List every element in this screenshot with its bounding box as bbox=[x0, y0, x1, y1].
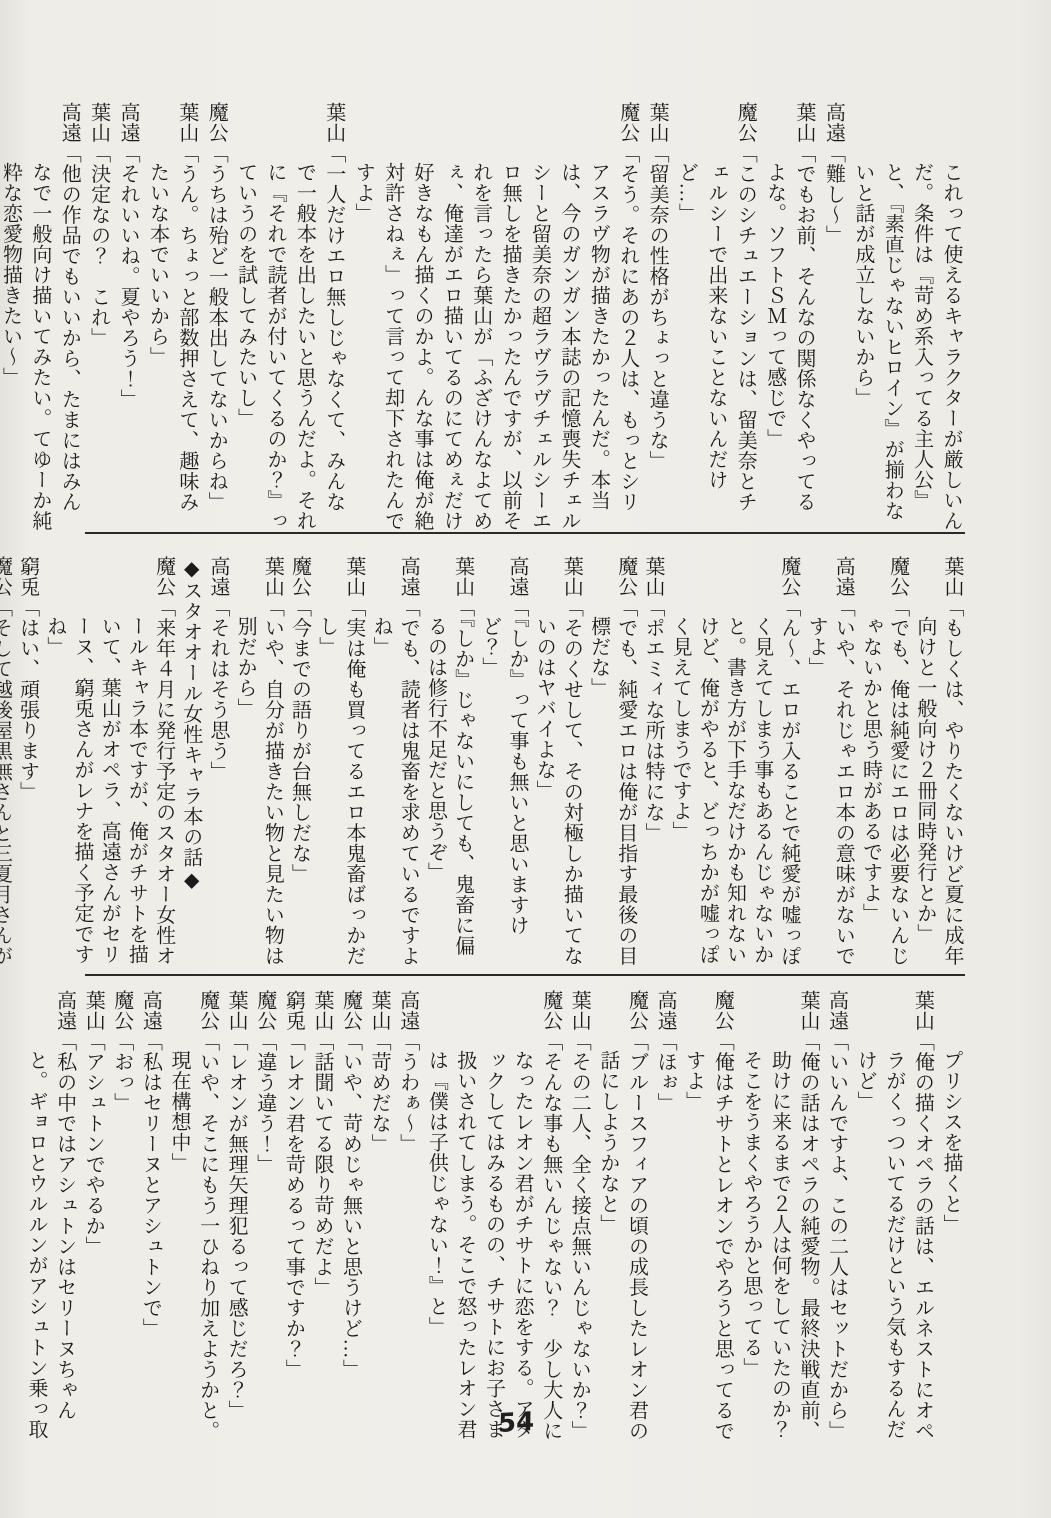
speaker-name: 葉山 bbox=[793, 102, 815, 143]
dialogue-line: 葉山「レオンが無理矢理犯るって感じだろ？」 bbox=[222, 990, 251, 1442]
dialogue-text: 「違う違う！」 bbox=[254, 1031, 276, 1175]
dialogue-text: 「うん。ちょっと部数押さえて、趣味みたいな本でいいから」 bbox=[146, 143, 197, 512]
dialogue-text: 「ブルースフィアの頃の成長したレオン君の話にしようかなと」 bbox=[597, 1031, 648, 1441]
dialogue-line: 高遠「それはそう思う」 bbox=[204, 556, 231, 970]
dialogue-text: 「『しか』って事も無いと思いますけど？」 bbox=[479, 597, 528, 936]
page-number: 54 bbox=[498, 1407, 535, 1439]
speaker-name: 窮兎 bbox=[17, 556, 39, 597]
dialogue-text: 「話聞いてる限り苛めだよ」 bbox=[311, 1031, 333, 1298]
speaker-name: 高遠 bbox=[832, 556, 854, 597]
doujinshi-talk-page: これって使えるキャラクターが厳しいんだ。条件は『苛め系入ってる主人公』と、『素直… bbox=[0, 0, 1051, 1518]
dialogue-line: 葉山「俺の話はオペラの純愛物。最終決戦直前、助けに来るまで２人は何をしていたのか… bbox=[736, 990, 822, 1442]
dialogue-text: ◆スタオオール女性キャラ本の話◆ bbox=[180, 556, 202, 892]
dialogue-line: これって使えるキャラクターが厳しいんだ。条件は『苛め系入ってる主人公』と、『素直… bbox=[847, 102, 965, 532]
dialogue-line: 窮兎「はい、頑張ります」 bbox=[13, 556, 40, 970]
speaker-name: 高遠 bbox=[826, 990, 848, 1031]
speaker-name: 魔公 bbox=[0, 556, 11, 597]
dialogue-line: 高遠「ほぉ」 bbox=[650, 990, 679, 1442]
dialogue-text: 「俺はチサトとレオンでやろうと思ってるですよ」 bbox=[683, 1031, 734, 1441]
dialogue-text: 「決定なの？ これ」 bbox=[88, 143, 110, 348]
speaker-name: 高遠 bbox=[117, 102, 139, 143]
dialogue-line: 魔公「いや、苛めじゃ無いと思うけど…」 bbox=[336, 990, 365, 1442]
dialogue-text: 「レオンが無理矢理犯るって感じだろ？」 bbox=[225, 1031, 247, 1421]
dialogue-text: 「いや、苛めじゃ無いと思うけど…」 bbox=[340, 1031, 362, 1380]
speaker-name: 葉山 bbox=[560, 556, 582, 597]
speaker-name: 魔公 bbox=[197, 990, 219, 1031]
dialogue-text: 「来年４月に発行予定のスタオー女性オールキャラ本ですが、俺がチサトを描いて、葉山… bbox=[44, 597, 175, 966]
speaker-name: 魔公 bbox=[111, 990, 133, 1031]
dialogue-line: 魔公「今までの語りが台無しだな」 bbox=[285, 556, 312, 970]
dialogue-line: 葉山「俺の描くオペラの話は、エルネストにオペラがくっついてるだけという気もするん… bbox=[851, 990, 937, 1442]
speaker-name: 魔公 bbox=[254, 990, 276, 1031]
speaker-name: 魔公 bbox=[734, 102, 756, 143]
speaker-name: 魔公 bbox=[340, 990, 362, 1031]
dialogue-text: 「ポエミィな所は特にな」 bbox=[642, 597, 664, 843]
speaker-name: 魔公 bbox=[711, 990, 733, 1031]
speaker-name: 窮兎 bbox=[282, 990, 304, 1031]
speaker-name: 葉山 bbox=[642, 556, 664, 597]
dialogue-section-3: プリシスを描くと」葉山「俺の描くオペラの話は、エルネストにオペラがくっついてるだ… bbox=[85, 990, 965, 1442]
dialogue-text: 「俺の話はオペラの純愛物。最終決戦直前、助けに来るまで２人は何をしていたのか？ … bbox=[740, 1031, 819, 1460]
section-divider bbox=[85, 974, 965, 976]
dialogue-line: 葉山「ポエミィな所は特にな」 bbox=[639, 556, 666, 970]
dialogue-line: 葉山「決定なの？ これ」 bbox=[83, 102, 112, 532]
dialogue-text: これって使えるキャラクターが厳しいんだ。条件は『苛め系入ってる主人公』と、『素直… bbox=[852, 162, 962, 531]
speaker-name: 魔公 bbox=[887, 556, 909, 597]
dialogue-text: 「それいいね。夏やろう！」 bbox=[117, 143, 139, 410]
dialogue-text: 「いや、そこにもう一ひねり加えようかと。現在構想中」 bbox=[168, 1031, 219, 1441]
dialogue-text: 「そう。それにあの２人は、もっとシリアスラヴ物が描きたかったんだ。本当は、今のガ… bbox=[352, 143, 639, 531]
speaker-name: 葉山 bbox=[225, 990, 247, 1031]
dialogue-text: 「でも、読者は鬼畜を求めているですよね」 bbox=[370, 597, 419, 966]
speaker-name: 高遠 bbox=[654, 990, 676, 1031]
dialogue-text: 「このシチュエーションは、留美奈とチェルシーで出来ないことないんだけど…」 bbox=[675, 143, 756, 512]
speaker-name: 葉山 bbox=[343, 556, 365, 597]
speaker-name: 葉山 bbox=[311, 990, 333, 1031]
speaker-name: 高遠 bbox=[207, 556, 229, 597]
dialogue-text: 「他の作品でもいいから、たまにはみんなで一般向け描いてみたい。てゆーか純粋な恋愛… bbox=[0, 143, 80, 531]
speaker-name: 葉山 bbox=[88, 102, 110, 143]
speaker-name: 高遠 bbox=[139, 990, 161, 1031]
dialogue-line: 葉山「その二人、全く接点無いんじゃないか？」 bbox=[565, 990, 594, 1442]
dialogue-line: 高遠「いいんですよ、この二人はセットだから」 bbox=[822, 990, 851, 1442]
speaker-name: 高遠 bbox=[822, 102, 844, 143]
dialogue-text: プリシスを描くと」 bbox=[940, 1050, 962, 1235]
dialogue-text: 「アシュトンでやるか」 bbox=[82, 1031, 104, 1257]
dialogue-line: 魔公「そう。それにあの２人は、もっとシリアスラヴ物が描きたかったんだ。本当は、今… bbox=[348, 102, 642, 532]
dialogue-line: 魔公「ん〜、エロが入ることで純愛が嘘っぽく見えてしまう事もあるんじゃないかと。書… bbox=[666, 556, 802, 970]
speaker-name: 高遠 bbox=[58, 102, 80, 143]
dialogue-line: 高遠「私はセリーヌとアシュトンで」 bbox=[136, 990, 165, 1442]
speaker-name: 葉山 bbox=[568, 990, 590, 1031]
section-divider bbox=[85, 532, 965, 534]
dialogue-text: 「そんな事も無いんじゃない？ 少し大人になったレオン君がチサトに恋をする。アタッ… bbox=[425, 1031, 561, 1441]
dialogue-line: 葉山「そのくせして、その対極しか描いてないのはヤバイよな」 bbox=[530, 556, 584, 970]
speaker-name: 葉山 bbox=[176, 102, 198, 143]
dialogue-text: 「いや、自分が描きたい物と見たい物は別だから」 bbox=[234, 597, 283, 966]
dialogue-line: 葉山「留美奈の性格がちょっと違うな」 bbox=[642, 102, 671, 532]
dialogue-line: 葉山「うん。ちょっと部数押さえて、趣味みたいな本でいいから」 bbox=[142, 102, 201, 532]
dialogue-line: 葉山「でもお前、そんなの関係なくやってるよな。ソフトＳＭって感じで」 bbox=[759, 102, 818, 532]
speaker-name: 魔公 bbox=[540, 990, 562, 1031]
speaker-name: 高遠 bbox=[397, 990, 419, 1031]
dialogue-section-1: これって使えるキャラクターが厳しいんだ。条件は『苛め系入ってる主人公』と、『素直… bbox=[85, 102, 965, 532]
dialogue-text: 「でもお前、そんなの関係なくやってるよな。ソフトＳＭって感じで」 bbox=[764, 143, 815, 512]
dialogue-line: 葉山「いや、自分が描きたい物と見たい物は別だから」 bbox=[231, 556, 285, 970]
dialogue-line: 魔公「違う違う！」 bbox=[250, 990, 279, 1442]
dialogue-line: 窮兎「レオン君を苛めるって事ですか？」 bbox=[279, 990, 308, 1442]
dialogue-line: 魔公「うちは殆ど一般本出してないからね」 bbox=[201, 102, 230, 532]
dialogue-line: 高遠「うわぁ〜」 bbox=[393, 990, 422, 1442]
speaker-name: 魔公 bbox=[615, 556, 637, 597]
dialogue-line: 高遠「難し〜」 bbox=[818, 102, 847, 532]
dialogue-text: 「その二人、全く接点無いんじゃないか？」 bbox=[568, 1031, 590, 1441]
speaker-name: 魔公 bbox=[617, 102, 639, 143]
dialogue-line: 高遠「『しか』って事も無いと思いますけど？」 bbox=[476, 556, 530, 970]
dialogue-text: 「私の中ではアシュトンはセリーヌちゃんと。ギョロとウルルンがアシュトン乗っ取 bbox=[25, 1031, 76, 1440]
speaker-name: 葉山 bbox=[941, 556, 963, 597]
dialogue-line: 高遠「他の作品でもいいから、たまにはみんなで一般向け描いてみたい。てゆーか純粋な… bbox=[0, 102, 83, 532]
dialogue-line: 魔公「そんな事も無いんじゃない？ 少し大人になったレオン君がチサトに恋をする。ア… bbox=[422, 990, 565, 1442]
dialogue-line: 高遠「でも、読者は鬼畜を求めているですよね」 bbox=[367, 556, 421, 970]
speaker-name: 魔公 bbox=[205, 102, 227, 143]
dialogue-line: 魔公「このシチュエーションは、留美奈とチェルシーで出来ないことないんだけど…」 bbox=[671, 102, 759, 532]
dialogue-line: 高遠「いや、それじゃエロ本の意味がないですよ」 bbox=[802, 556, 856, 970]
speaker-name: 高遠 bbox=[54, 990, 76, 1031]
dialogue-line: 魔公「そして越後屋黒無さんと三夏月さんが bbox=[0, 556, 13, 970]
speaker-name: 葉山 bbox=[911, 990, 933, 1031]
dialogue-line: 魔公「いや、そこにもう一ひねり加えようかと。現在構想中」 bbox=[164, 990, 221, 1442]
dialogue-text: 「俺の描くオペラの話は、エルネストにオペラがくっついてるだけという気もするんだけ… bbox=[854, 1031, 933, 1441]
dialogue-line: 魔公「ブルースフィアの頃の成長したレオン君の話にしようかなと」 bbox=[593, 990, 650, 1442]
speaker-name: 葉山 bbox=[82, 990, 104, 1031]
speaker-name: 高遠 bbox=[506, 556, 528, 597]
speaker-name: 魔公 bbox=[778, 556, 800, 597]
dialogue-line: 葉山「実は俺も買ってるエロ本鬼畜ばっかだし」 bbox=[313, 556, 367, 970]
dialogue-text: 「一人だけエロ無しじゃなくて、みんなで一般本を出したいと思うんだよ。それに『それ… bbox=[235, 143, 345, 531]
dialogue-line: 葉山「アシュトンでやるか」 bbox=[79, 990, 108, 1442]
dialogue-text: 「うちは殆ど一般本出してないからね」 bbox=[205, 143, 227, 512]
dialogue-text: 「私はセリーヌとアシュトンで」 bbox=[139, 1031, 161, 1339]
dialogue-line: 葉山「苛めだな」 bbox=[365, 990, 394, 1442]
dialogue-text: 「おっ」 bbox=[111, 1031, 133, 1113]
speaker-name: 葉山 bbox=[323, 102, 345, 143]
dialogue-line: 葉山「一人だけエロ無しじゃなくて、みんなで一般本を出したいと思うんだよ。それに『… bbox=[230, 102, 348, 532]
dialogue-text: 「いいんですよ、この二人はセットだから」 bbox=[826, 1031, 848, 1441]
speaker-name: 魔公 bbox=[625, 990, 647, 1031]
dialogue-line: 葉山「もしくは、やりたくないけど夏に成年向けと一般向け２冊同時発行とか」 bbox=[911, 556, 965, 970]
speaker-name: 葉山 bbox=[646, 102, 668, 143]
dialogue-text: 「それはそう思う」 bbox=[207, 597, 229, 782]
speaker-name: 葉山 bbox=[797, 990, 819, 1031]
dialogue-text: 「いや、それじゃエロ本の意味がないですよ」 bbox=[805, 597, 854, 966]
section-heading: ◆スタオオール女性キャラ本の話◆ bbox=[177, 556, 204, 970]
dialogue-section-2: 葉山「もしくは、やりたくないけど夏に成年向けと一般向け２冊同時発行とか」魔公「で… bbox=[85, 556, 965, 970]
dialogue-text: 「ほぉ」 bbox=[654, 1031, 676, 1113]
dialogue-text: 「実は俺も買ってるエロ本鬼畜ばっかだし」 bbox=[316, 597, 365, 966]
speaker-name: 高遠 bbox=[397, 556, 419, 597]
speaker-name: 葉山 bbox=[452, 556, 474, 597]
dialogue-line: 魔公「俺はチサトとレオンでやろうと思ってるですよ」 bbox=[679, 990, 736, 1442]
dialogue-line: 高遠「私の中ではアシュトンはセリーヌちゃんと。ギョロとウルルンがアシュトン乗っ取 bbox=[21, 990, 78, 1442]
dialogue-line: 魔公「でも、俺は純愛にエロは必要ないんじゃないかと思う時があるですよ」 bbox=[856, 556, 910, 970]
dialogue-line: 魔公「でも、純愛エロは俺が目指す最後の目標だな」 bbox=[584, 556, 638, 970]
dialogue-text: 「今までの語りが台無しだな」 bbox=[289, 597, 311, 884]
dialogue-line: 魔公「来年４月に発行予定のスタオー女性オールキャラ本ですが、俺がチサトを描いて、… bbox=[41, 556, 177, 970]
dialogue-text: 「はい、頑張ります」 bbox=[17, 597, 39, 802]
dialogue-text: 「留美奈の性格がちょっと違うな」 bbox=[646, 143, 668, 471]
speaker-name: 魔公 bbox=[289, 556, 311, 597]
speaker-name: 魔公 bbox=[153, 556, 175, 597]
dialogue-text: 「そのくせして、その対極しか描いてないのはヤバイよな」 bbox=[533, 597, 582, 966]
dialogue-line: 葉山「『しか』じゃないにしても、鬼畜に偏るのは修行不足だと思うぞ」 bbox=[421, 556, 475, 970]
speaker-name: 葉山 bbox=[368, 990, 390, 1031]
dialogue-text: 「でも、純愛エロは俺が目指す最後の目標だな」 bbox=[588, 597, 637, 966]
dialogue-text: 「うわぁ〜」 bbox=[397, 1031, 419, 1154]
dialogue-text: 「苛めだな」 bbox=[368, 1031, 390, 1154]
speaker-name: 葉山 bbox=[261, 556, 283, 597]
dialogue-line: 高遠「それいいね。夏やろう！」 bbox=[113, 102, 142, 532]
dialogue-text: 「そして越後屋黒無さんと三夏月さんが bbox=[0, 597, 11, 966]
dialogue-text: 「ん〜、エロが入ることで純愛が嘘っぽく見えてしまう事もあるんじゃないかと。書き方… bbox=[669, 597, 800, 966]
dialogue-text: 「もしくは、やりたくないけど夏に成年向けと一般向け２冊同時発行とか」 bbox=[914, 597, 963, 966]
dialogue-text: 「でも、俺は純愛にエロは必要ないんじゃないかと思う時があるですよ」 bbox=[859, 597, 908, 966]
dialogue-line: プリシスを描くと」 bbox=[936, 990, 965, 1442]
dialogue-text: 「難し〜」 bbox=[822, 143, 844, 246]
dialogue-text: 「『しか』じゃないにしても、鬼畜に偏るのは修行不足だと思うぞ」 bbox=[424, 597, 473, 956]
dialogue-line: 魔公「おっ」 bbox=[107, 990, 136, 1442]
dialogue-text: 「レオン君を苛めるって事ですか？」 bbox=[282, 1031, 304, 1380]
dialogue-line: 葉山「話聞いてる限り苛めだよ」 bbox=[307, 990, 336, 1442]
